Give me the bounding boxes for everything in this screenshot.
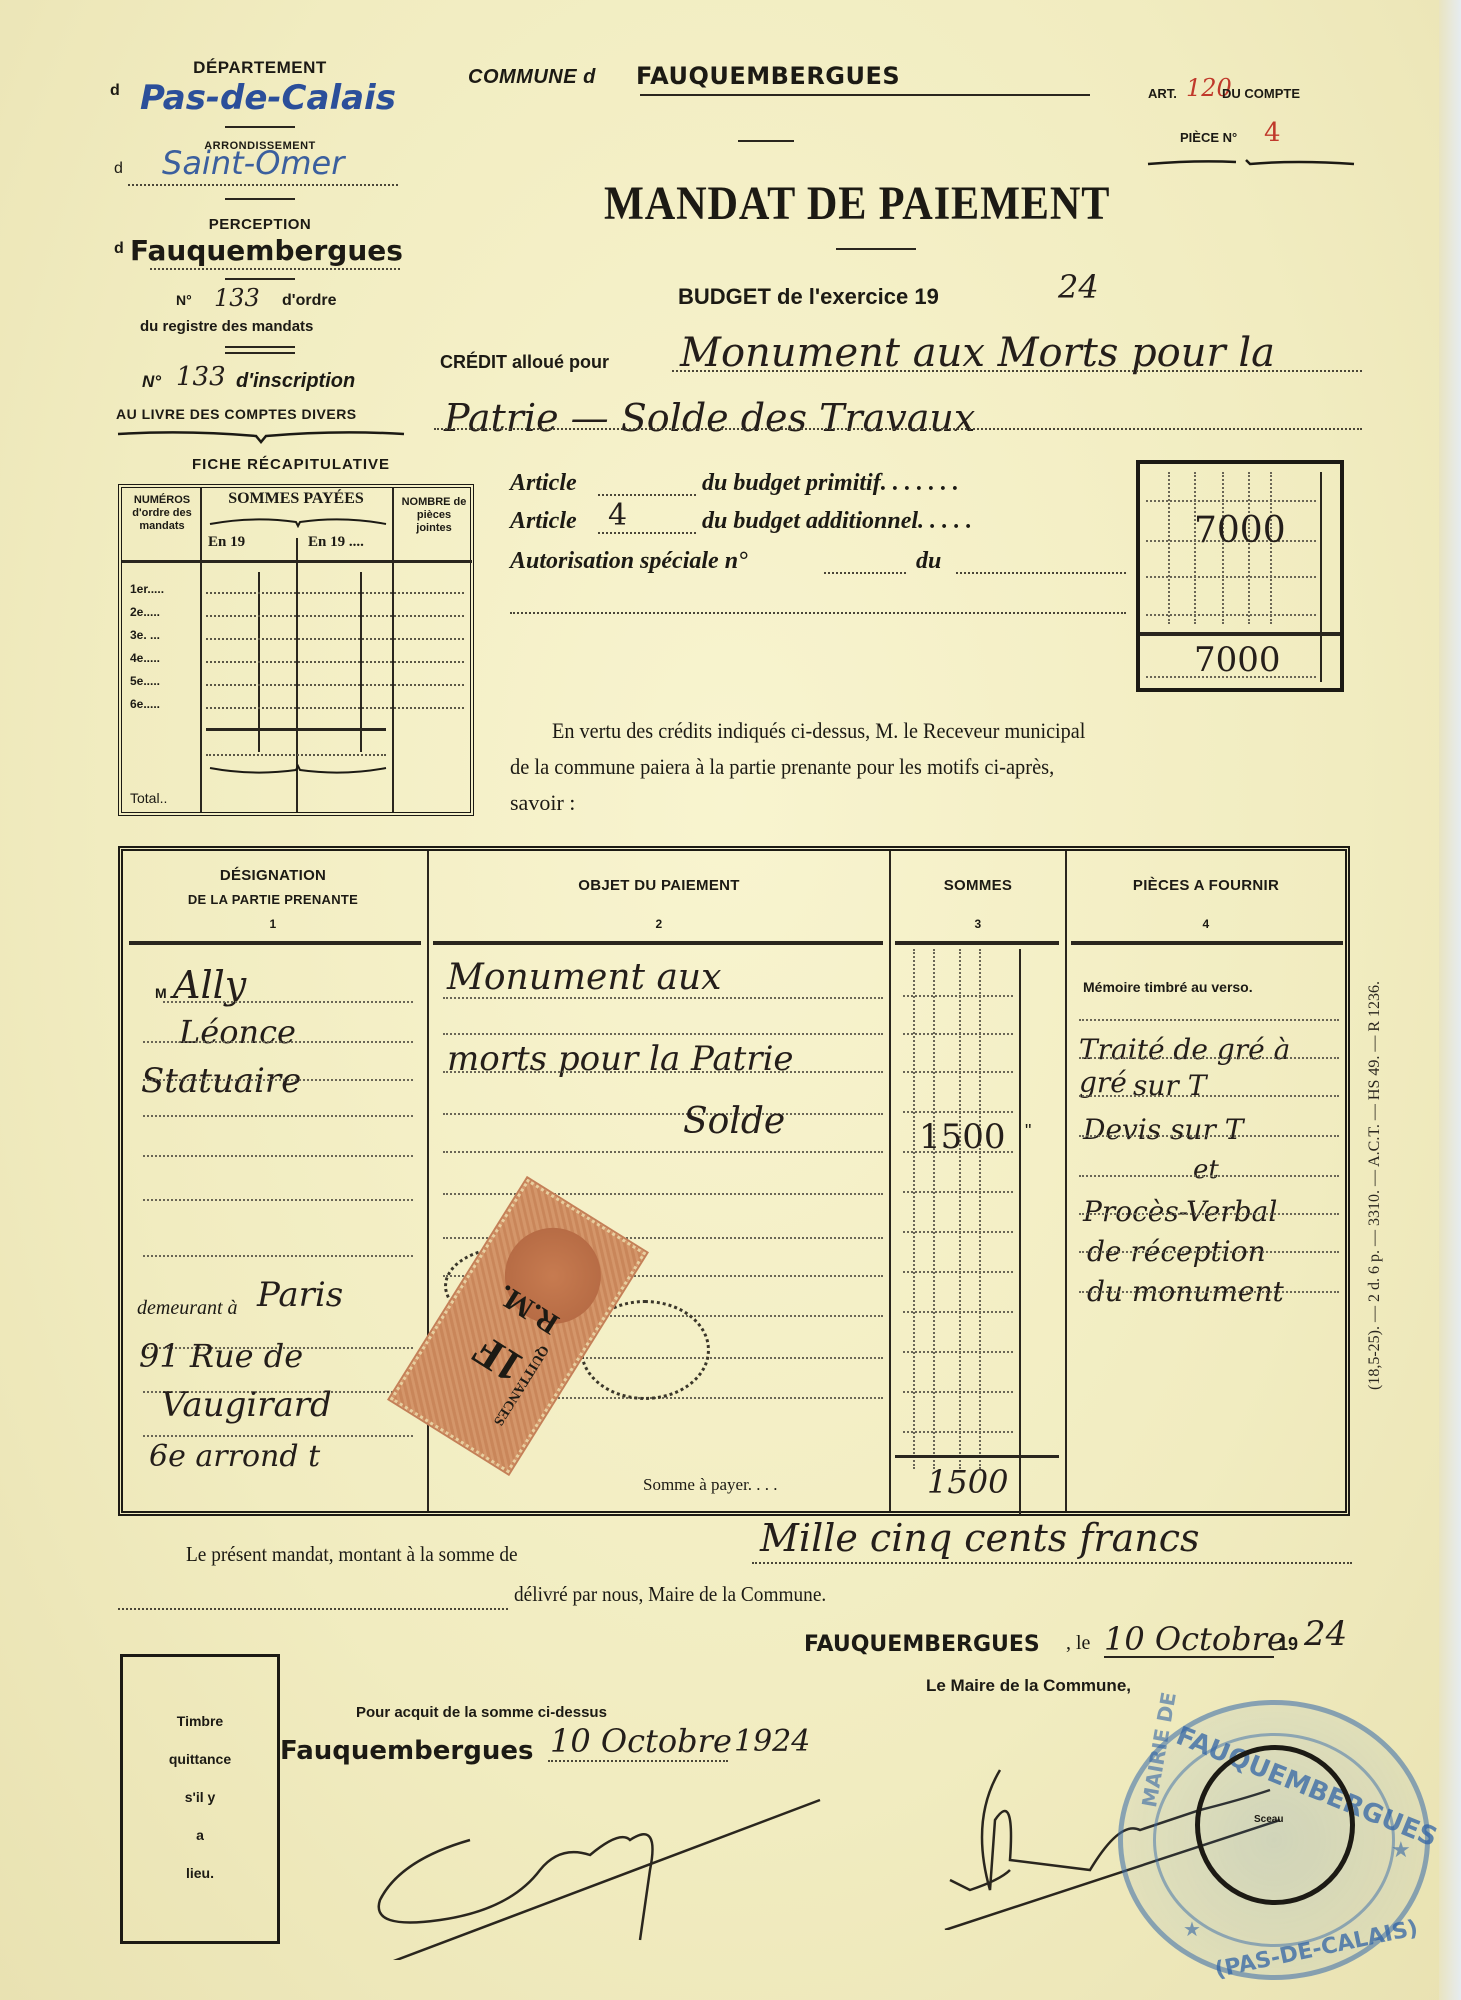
inscription-label-2: AU LIVRE DES COMPTES DIVERS — [116, 406, 357, 422]
arrondissement-prefix: d — [114, 160, 123, 178]
seal-placement-circle: Sceau — [1195, 1745, 1355, 1905]
timbre-line: lieu. — [123, 1865, 277, 1881]
brace-icon — [208, 764, 388, 778]
dotted-line — [143, 1255, 413, 1257]
art-suffix: DU COMPTE — [1222, 86, 1300, 101]
dotted-line — [206, 615, 464, 617]
table-line — [200, 488, 202, 812]
budget-label: BUDGET de l'exercice 19 — [678, 284, 939, 310]
address-line3: 6e arrond t — [149, 1439, 320, 1474]
ordre-label: d'ordre — [282, 292, 336, 310]
credit-line2: Patrie — Solde des Travaux — [444, 396, 975, 440]
address-line1: 91 Rue de — [139, 1337, 303, 1375]
payee-prefix: M — [155, 985, 167, 1001]
autorisation-date-input[interactable] — [956, 572, 1126, 574]
departement-prefix: d — [110, 82, 120, 100]
col4-number: 4 — [1067, 913, 1345, 935]
inscription-number: 133 — [176, 362, 226, 392]
date-connector: , le — [1066, 1632, 1090, 1655]
piece-value: 4 — [1264, 118, 1281, 148]
article-primitif-label: Article — [510, 470, 577, 497]
dotted-line — [1079, 1291, 1339, 1293]
dotted-line — [903, 1431, 1013, 1433]
table-line — [895, 1455, 1059, 1458]
divider — [225, 198, 295, 200]
recap-table: NUMÉROS d'ordre des mandats SOMMES PAYÉE… — [118, 484, 474, 816]
table-line — [129, 941, 421, 945]
dotted-line — [1079, 1019, 1339, 1021]
article-primitif-suffix: du budget primitif. . . . . . . — [702, 470, 959, 497]
payee-signature — [360, 1760, 830, 1960]
demeurant-label: demeurant à — [137, 1297, 238, 1320]
dotted-line — [143, 1155, 413, 1157]
dotted-line — [1079, 1057, 1339, 1059]
recap-col1-header: NUMÉROS d'ordre des mandats — [126, 494, 198, 533]
divider — [225, 278, 295, 280]
recap-col2-header: SOMMES PAYÉES — [206, 492, 386, 505]
commune-label: COMMUNE d — [468, 66, 596, 89]
commune-underline — [640, 94, 1090, 96]
timbre-line: Timbre — [123, 1713, 277, 1729]
dotted-line — [163, 1001, 413, 1003]
col4-header: PIÈCES A FOURNIR — [1067, 875, 1345, 897]
dotted-line — [1079, 1095, 1339, 1097]
dotted-line — [443, 1033, 883, 1035]
table-line — [1071, 941, 1343, 945]
table-line — [122, 560, 472, 563]
timbre-line: a — [123, 1827, 277, 1843]
dotted-line — [752, 1562, 1352, 1564]
grid-line — [1146, 576, 1316, 578]
timbre-quittance-box: Timbre quittance s'il y a lieu. — [120, 1654, 280, 1944]
acquit-label: Pour acquit de la somme ci-dessus — [356, 1704, 607, 1721]
dotted-line — [903, 1271, 1013, 1273]
closing-amount-words: Mille cinq cents francs — [760, 1516, 1200, 1560]
col3-number: 3 — [891, 913, 1065, 935]
recap-row: 3e. ... — [130, 628, 160, 642]
grid-line — [1146, 614, 1316, 616]
closing-line1-label: Le présent mandat, montant à la somme de — [186, 1542, 518, 1567]
article-additionnel-value: 4 — [608, 498, 627, 533]
preamble-line1: En vertu des crédits indiqués ci-dessus,… — [552, 718, 1085, 744]
dotted-line — [443, 1151, 883, 1153]
fiche-label: FICHE RÉCAPITULATIVE — [192, 456, 390, 473]
recap-col2b-header: En 19 .... — [308, 536, 388, 549]
objet-line2: morts pour la Patrie — [447, 1039, 794, 1079]
recap-row: 1er..... — [130, 582, 164, 596]
receipt-year: 1924 — [734, 1724, 810, 1759]
inscription-label: d'inscription — [236, 370, 355, 393]
dotted-line — [206, 592, 464, 594]
seal-center-text: Sceau — [1254, 1814, 1283, 1825]
somme-a-payer-value: 1500 — [927, 1463, 1008, 1501]
divider — [225, 346, 295, 348]
document-title: MANDAT DE PAIEMENT — [604, 176, 1110, 231]
divider — [738, 140, 794, 142]
table-line — [895, 941, 1059, 945]
table-line — [206, 728, 386, 731]
dotted-line — [443, 997, 883, 999]
table-line — [1065, 851, 1067, 1511]
table-line — [433, 941, 883, 945]
pieces-line: Devis sur T — [1083, 1113, 1243, 1146]
dotted-line — [206, 684, 464, 686]
divider — [225, 126, 295, 128]
dotted-line — [443, 1193, 883, 1195]
commune-value: FAUQUEMBERGUES — [636, 62, 900, 90]
demeurant-city: Paris — [257, 1275, 343, 1315]
dotted-line — [150, 268, 400, 270]
article-additionnel-label: Article — [510, 508, 577, 535]
somme-ditto: " — [1025, 1121, 1031, 1142]
somme-value: 1500 — [919, 1117, 1006, 1157]
amount-total: 7000 — [1194, 640, 1281, 680]
closing-year-prefix: 19 — [1278, 1634, 1298, 1655]
col2-header: OBJET DU PAIEMENT — [429, 875, 889, 897]
table-line — [1019, 949, 1021, 1515]
pieces-note: Mémoire timbré au verso. — [1083, 979, 1253, 995]
dotted-line — [903, 1391, 1013, 1393]
departement-label: DÉPARTEMENT — [170, 58, 350, 78]
arrondissement-value: Saint-Omer — [162, 144, 344, 182]
dotted-line — [903, 995, 1013, 997]
col3-header: SOMMES — [891, 875, 1065, 897]
inscription-prefix: N° — [142, 372, 161, 392]
payment-table: DÉSIGNATION DE LA PARTIE PRENANTE 1 OBJE… — [118, 846, 1350, 1516]
recap-row: 6e..... — [130, 697, 160, 711]
pieces-line: Traité de gré à gré — [1079, 1033, 1345, 1099]
dotted-line — [672, 370, 1362, 372]
article-primitif-input[interactable] — [598, 494, 696, 496]
table-line — [392, 488, 394, 812]
autorisation-number-input[interactable] — [824, 572, 906, 574]
dotted-line — [443, 1113, 883, 1115]
dotted-line — [903, 1231, 1013, 1233]
payee-firstname: Léonce — [179, 1013, 296, 1051]
dotted-line — [443, 1071, 883, 1073]
recap-row: 4e..... — [130, 651, 160, 665]
dotted-line — [143, 1435, 413, 1437]
brace-divider — [1146, 156, 1356, 170]
brace-divider — [116, 426, 406, 444]
preamble-line3: savoir : — [510, 790, 575, 816]
timbre-line: quittance — [123, 1751, 277, 1767]
ordre-prefix: N° — [176, 292, 192, 308]
col1-subheader: DE LA PARTIE PRENANTE — [123, 889, 423, 911]
col1-number: 1 — [123, 913, 423, 935]
dotted-line — [143, 1079, 413, 1081]
seal-star-icon: ★ — [1391, 1837, 1411, 1863]
amount-box: 7000 7000 — [1136, 460, 1344, 692]
maire-label: Le Maire de la Commune, — [926, 1676, 1131, 1696]
dotted-line — [206, 661, 464, 663]
perception-value: Fauquembergues — [130, 234, 403, 267]
seal-star-icon: ★ — [1183, 1917, 1201, 1942]
somme-a-payer-label: Somme à payer. . . . — [643, 1475, 778, 1495]
amount-additionnel: 7000 — [1194, 510, 1286, 551]
ordre-number: 133 — [214, 284, 260, 312]
article-additionnel-suffix: du budget additionnel. . . . . — [702, 508, 972, 535]
recap-row: 2e..... — [130, 605, 160, 619]
dotted-line — [903, 1071, 1013, 1073]
objet-line1: Monument aux — [447, 957, 721, 998]
table-line — [1140, 632, 1340, 636]
credit-label: CRÉDIT alloué pour — [440, 352, 609, 373]
ordre-label-2: du registre des mandats — [140, 318, 313, 335]
preamble-line2: de la commune paiera à la partie prenant… — [510, 754, 1054, 780]
receipt-date: 10 Octobre — [550, 1722, 732, 1760]
departement-value: Pas-de-Calais — [140, 78, 396, 118]
pieces-line: Procès-Verbal — [1083, 1195, 1277, 1228]
dotted-line — [1079, 1135, 1339, 1137]
table-line — [889, 851, 891, 1511]
address-line2: Vaugirard — [161, 1385, 332, 1425]
timbre-line: s'il y — [123, 1789, 277, 1805]
pieces-line: et — [1193, 1155, 1219, 1185]
pieces-line: sur T — [1133, 1069, 1206, 1102]
divider — [836, 248, 916, 250]
dotted-line — [206, 638, 464, 640]
payee-profession: Statuaire — [141, 1061, 301, 1101]
dotted-line — [143, 1041, 413, 1043]
closing-line2-label: délivré par nous, Maire de la Commune. — [514, 1582, 826, 1607]
recap-col3-header: NOMBRE de pièces jointes — [398, 496, 470, 535]
dotted-line — [903, 1111, 1013, 1113]
piece-label: PIÈCE N° — [1180, 130, 1237, 145]
dotted-line — [1079, 1213, 1339, 1215]
autorisation-du: du — [916, 548, 941, 575]
dotted-line — [143, 1115, 413, 1117]
recap-col2a-header: En 19 — [208, 536, 288, 549]
brace-icon — [208, 514, 388, 528]
autorisation-label: Autorisation spéciale n° — [510, 548, 748, 575]
dotted-line — [143, 1199, 413, 1201]
perception-prefix: d — [114, 240, 124, 258]
place-stamp: FAUQUEMBERGUES — [804, 1632, 1040, 1657]
dotted-line — [1079, 1251, 1339, 1253]
paper-edge — [1439, 0, 1461, 2000]
print-code: (18,5-25). — 2 d. 6 p. — 3310. — A.C.T. … — [1366, 790, 1384, 1390]
dotted-line — [206, 754, 386, 756]
grid-line — [1146, 500, 1316, 502]
grid-line — [1168, 472, 1170, 624]
col1-header: DÉSIGNATION — [123, 865, 423, 887]
dotted-line — [510, 612, 1126, 614]
date-underline — [1104, 1656, 1274, 1658]
col2-number: 2 — [429, 913, 889, 935]
closing-year-suffix: 24 — [1304, 1614, 1347, 1654]
dotted-line — [903, 1191, 1013, 1193]
closing-date: 10 Octobre — [1104, 1620, 1286, 1658]
art-label: ART. — [1148, 86, 1177, 101]
budget-year: 24 — [1058, 268, 1099, 306]
objet-line3: Solde — [683, 1101, 785, 1142]
dotted-line — [903, 1033, 1013, 1035]
dotted-line — [118, 1608, 508, 1610]
dotted-line — [128, 184, 398, 186]
divider — [225, 352, 295, 354]
dotted-line — [598, 532, 696, 534]
recap-row: 5e..... — [130, 674, 160, 688]
table-line — [1320, 472, 1322, 682]
dotted-line — [903, 1311, 1013, 1313]
dotted-line — [1079, 1175, 1339, 1177]
perception-label: PERCEPTION — [170, 216, 350, 233]
dotted-line — [434, 428, 1362, 430]
recap-total-label: Total.. — [130, 790, 167, 806]
dotted-line — [206, 707, 464, 709]
dotted-line — [903, 1351, 1013, 1353]
